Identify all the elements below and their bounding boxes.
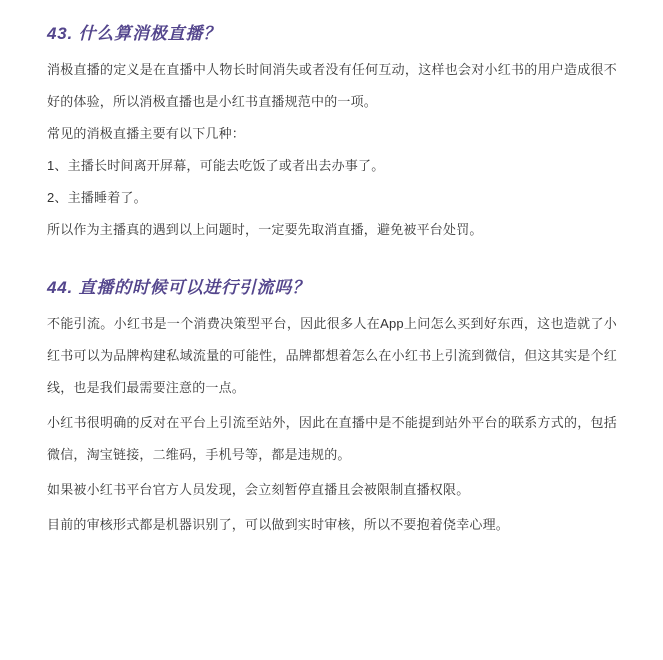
document-page: 43. 什么算消极直播？ 消极直播的定义是在直播中人物长时间消失或者没有任何互动… bbox=[0, 0, 663, 660]
answer-paragraph: 所以作为主播真的遇到以上问题时，一定要先取消直播，避免被平台处罚。 bbox=[47, 214, 617, 246]
answer-list-item-1: 1、主播长时间离开屏幕，可能去吃饭了或者出去办事了。 bbox=[47, 150, 617, 182]
answer-paragraph: 目前的审核形式都是机器识别了，可以做到实时审核，所以不要抱着侥幸心理。 bbox=[47, 509, 617, 541]
answer-paragraph: 消极直播的定义是在直播中人物长时间消失或者没有任何互动，这样也会对小红书的用户造… bbox=[47, 54, 617, 118]
answer-paragraph: 小红书很明确的反对在平台上引流至站外，因此在直播中是不能提到站外平台的联系方式的… bbox=[47, 407, 617, 471]
answer-paragraph: 常见的消极直播主要有以下几种： bbox=[47, 118, 617, 150]
question-heading-44: 44. 直播的时候可以进行引流吗？ bbox=[47, 279, 617, 297]
answer-list-item-2: 2、主播睡着了。 bbox=[47, 182, 617, 214]
answer-paragraph: 不能引流。小红书是一个消费决策型平台，因此很多人在App上问怎么买到好东西，这也… bbox=[47, 308, 617, 404]
answer-paragraph: 如果被小红书平台官方人员发现，会立刻暂停直播且会被限制直播权限。 bbox=[47, 474, 617, 506]
qa-section-43: 43. 什么算消极直播？ 消极直播的定义是在直播中人物长时间消失或者没有任何互动… bbox=[47, 25, 617, 246]
question-heading-43: 43. 什么算消极直播？ bbox=[47, 25, 617, 43]
qa-section-44: 44. 直播的时候可以进行引流吗？ 不能引流。小红书是一个消费决策型平台，因此很… bbox=[47, 279, 617, 541]
